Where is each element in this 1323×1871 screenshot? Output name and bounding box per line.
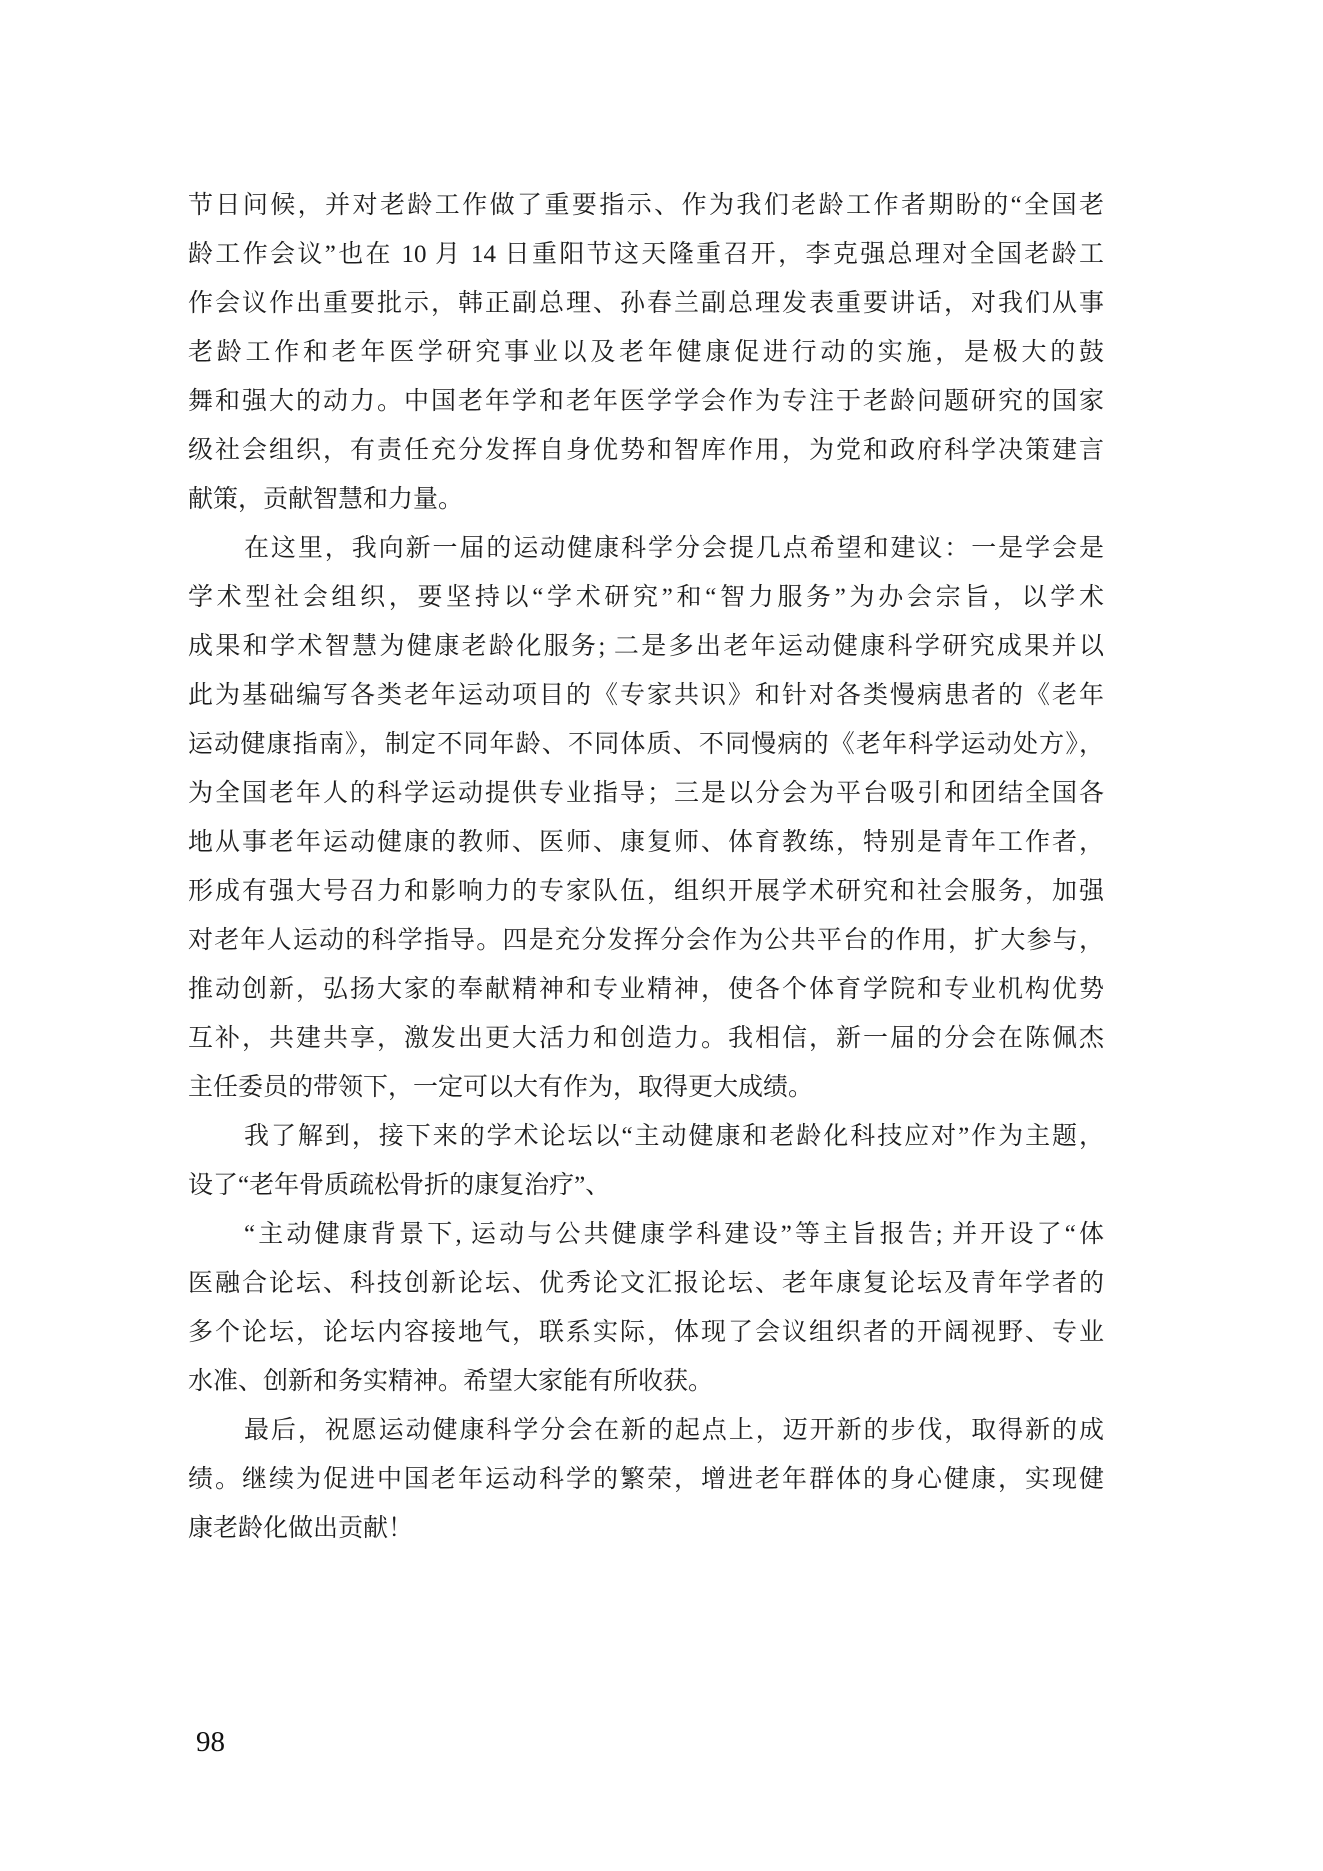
text-line: 节日问候，并对老龄工作做了重要指示、作为我们老龄工作者期盼的“全国老 [188, 181, 1104, 230]
text-line: 主任委员的带领下，一定可以大有作为，取得更大成绩。 [188, 1063, 1104, 1112]
document-page: 节日问候，并对老龄工作做了重要指示、作为我们老龄工作者期盼的“全国老龄工作会议”… [0, 0, 1323, 1871]
text-line: 级社会组织，有责任充分发挥自身优势和智库作用，为党和政府科学决策建言 [188, 426, 1104, 475]
text-line: 多个论坛，论坛内容接地气，联系实际，体现了会议组织者的开阔视野、专业 [188, 1308, 1104, 1357]
text-line: 舞和强大的动力。中国老年学和老年医学学会作为专注于老龄问题研究的国家 [188, 377, 1104, 426]
text-line: 设了“老年骨质疏松骨折的康复治疗”、 [188, 1161, 1104, 1210]
text-line: 地从事老年运动健康的教师、医师、康复师、体育教练，特别是青年工作者， [188, 818, 1104, 867]
page-number: 98 [196, 1722, 225, 1762]
text-line: 在这里，我向新一届的运动健康科学分会提几点希望和建议：一是学会是 [188, 524, 1104, 573]
text-line: 对老年人运动的科学指导。四是充分发挥分会作为公共平台的作用，扩大参与， [188, 916, 1104, 965]
text-line: 推动创新，弘扬大家的奉献精神和专业精神，使各个体育学院和专业机构优势 [188, 965, 1104, 1014]
text-line: 运动健康指南》，制定不同年龄、不同体质、不同慢病的《老年科学运动处方》， [188, 720, 1104, 769]
document-body: 节日问候，并对老龄工作做了重要指示、作为我们老龄工作者期盼的“全国老龄工作会议”… [188, 181, 1104, 1553]
text-line: 老龄工作和老年医学研究事业以及老年健康促进行动的实施，是极大的鼓 [188, 328, 1104, 377]
text-line: 医融合论坛、科技创新论坛、优秀论文汇报论坛、老年康复论坛及青年学者的 [188, 1259, 1104, 1308]
text-line: 康老龄化做出贡献！ [188, 1504, 1104, 1553]
text-line: 形成有强大号召力和影响力的专家队伍，组织开展学术研究和社会服务，加强 [188, 867, 1104, 916]
text-line: 此为基础编写各类老年运动项目的《专家共识》和针对各类慢病患者的《老年 [188, 671, 1104, 720]
text-line: 学术型社会组织，要坚持以“学术研究”和“智力服务”为办会宗旨，以学术 [188, 573, 1104, 622]
text-line: 水准、创新和务实精神。希望大家能有所收获。 [188, 1357, 1104, 1406]
text-line: “主动健康背景下, 运动与公共健康学科建设”等主旨报告; 并开设了“体 [188, 1210, 1104, 1259]
text-line: 献策，贡献智慧和力量。 [188, 475, 1104, 524]
text-line: 绩。继续为促进中国老年运动科学的繁荣，增进老年群体的身心健康，实现健 [188, 1455, 1104, 1504]
text-line: 最后，祝愿运动健康科学分会在新的起点上，迈开新的步伐，取得新的成 [188, 1406, 1104, 1455]
text-line: 龄工作会议”也在 10 月 14 日重阳节这天隆重召开，李克强总理对全国老龄工 [188, 230, 1104, 279]
text-line: 为全国老年人的科学运动提供专业指导；三是以分会为平台吸引和团结全国各 [188, 769, 1104, 818]
text-line: 我了解到，接下来的学术论坛以“主动健康和老龄化科技应对”作为主题， [188, 1112, 1104, 1161]
text-line: 互补，共建共享，激发出更大活力和创造力。我相信，新一届的分会在陈佩杰 [188, 1014, 1104, 1063]
text-line: 作会议作出重要批示，韩正副总理、孙春兰副总理发表重要讲话，对我们从事 [188, 279, 1104, 328]
text-line: 成果和学术智慧为健康老龄化服务; 二是多出老年运动健康科学研究成果并以 [188, 622, 1104, 671]
